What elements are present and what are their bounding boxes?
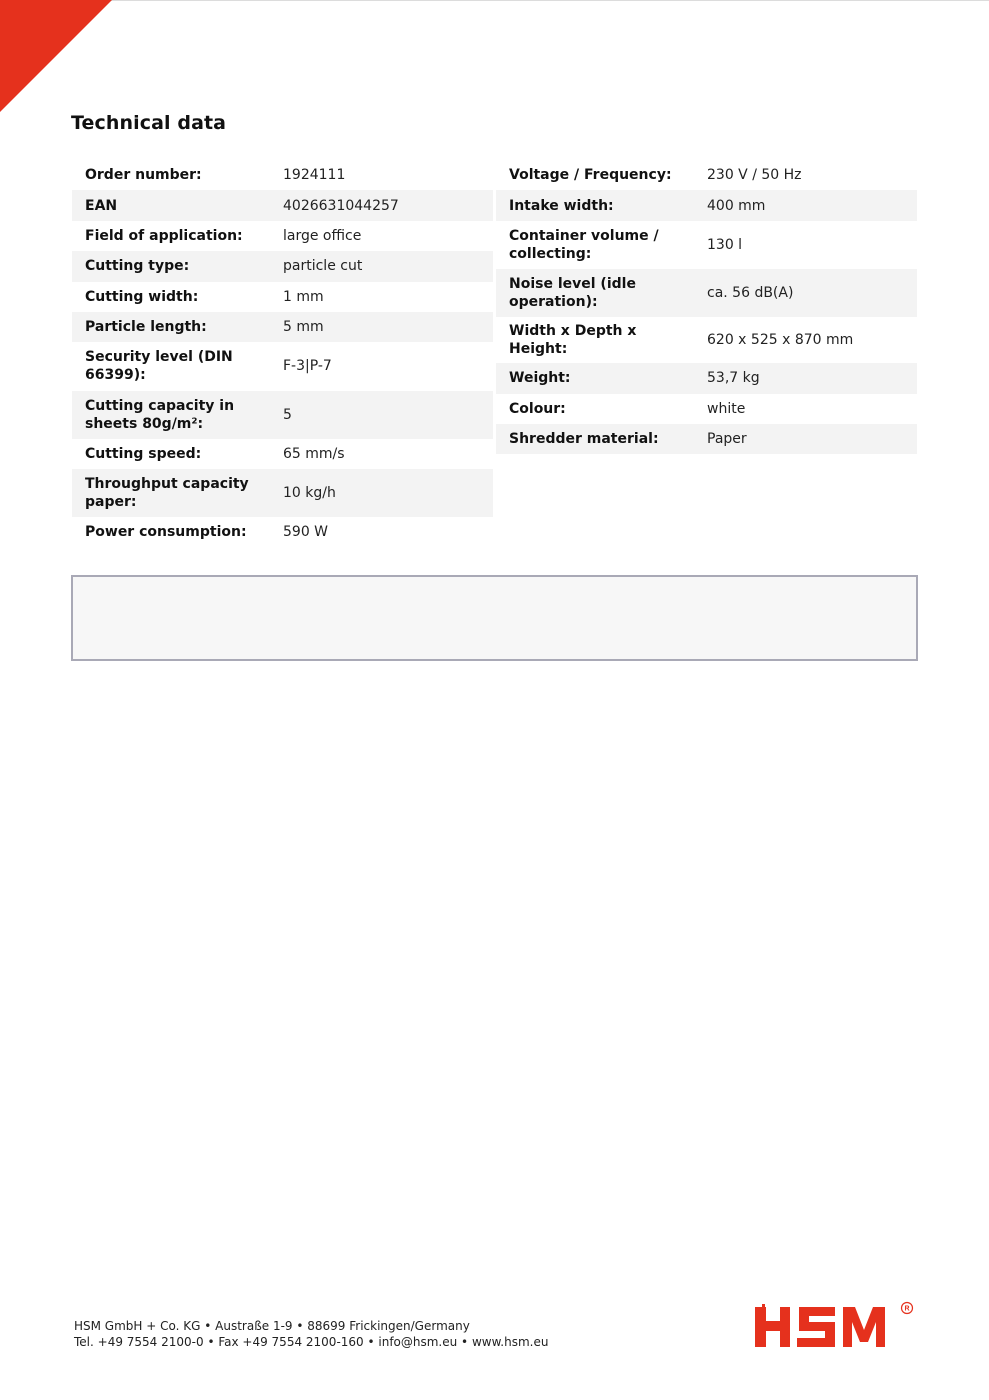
spec-value: 590 W [283, 523, 493, 541]
spec-label: Weight: [496, 369, 707, 387]
page-title: Technical data [71, 112, 226, 134]
spec-value: 53,7 kg [707, 369, 917, 387]
spec-row: Cutting capacity in sheets 80g/m²:5 [72, 391, 493, 439]
spec-value: 130 l [707, 236, 917, 254]
spec-value: large office [283, 227, 493, 245]
spec-value: 400 mm [707, 197, 917, 215]
spec-row: Throughput capacity paper:10 kg/h [72, 469, 493, 517]
spec-label: Shredder material: [496, 430, 707, 448]
company-footer: HSM GmbH + Co. KG • Austraße 1-9 • 88699… [74, 1319, 548, 1350]
spec-value: 1 mm [283, 288, 493, 306]
spec-label: Intake width: [496, 197, 707, 215]
spec-value: 620 x 525 x 870 mm [707, 331, 917, 349]
spec-label: Throughput capacity paper: [72, 475, 283, 511]
hsm-logo: R [752, 1300, 917, 1352]
spec-label: Cutting type: [72, 257, 283, 275]
spec-value: 1924111 [283, 166, 493, 184]
spec-row: EAN4026631044257 [72, 190, 493, 220]
spec-row: Field of application:large office [72, 221, 493, 251]
page-top-border [0, 0, 989, 1]
spec-row: Shredder material:Paper [496, 424, 917, 454]
footer-address: HSM GmbH + Co. KG • Austraße 1-9 • 88699… [74, 1319, 548, 1335]
spec-label: Order number: [72, 166, 283, 184]
spec-row: Width x Depth x Height:620 x 525 x 870 m… [496, 317, 917, 363]
spec-value: 230 V / 50 Hz [707, 166, 917, 184]
spec-row: Security level (DIN 66399):F-3|P-7 [72, 342, 493, 390]
notes-box [71, 575, 918, 661]
spec-row: Weight:53,7 kg [496, 363, 917, 393]
spec-row: Noise level (idle operation):ca. 56 dB(A… [496, 269, 917, 317]
spec-label: Cutting width: [72, 288, 283, 306]
spec-label: EAN [72, 197, 283, 215]
spec-label: Container volume / collecting: [496, 227, 707, 263]
spec-value: 4026631044257 [283, 197, 493, 215]
spec-row: Cutting type:particle cut [72, 251, 493, 281]
footer-contact: Tel. +49 7554 2100-0 • Fax +49 7554 2100… [74, 1335, 548, 1351]
spec-value: 5 mm [283, 318, 493, 336]
spec-value: white [707, 400, 917, 418]
spec-row: Particle length:5 mm [72, 312, 493, 342]
spec-label: Field of application: [72, 227, 283, 245]
spec-label: Noise level (idle operation): [496, 275, 707, 311]
svg-text:R: R [904, 1306, 909, 1313]
spec-value: particle cut [283, 257, 493, 275]
spec-label: Voltage / Frequency: [496, 166, 707, 184]
spec-row: Container volume / collecting:130 l [496, 221, 917, 269]
spec-row: Power consumption:590 W [72, 517, 493, 547]
spec-value: 10 kg/h [283, 484, 493, 502]
spec-label: Width x Depth x Height: [496, 322, 707, 358]
spec-label: Cutting speed: [72, 445, 283, 463]
spec-value: F-3|P-7 [283, 357, 493, 375]
brand-corner-triangle [0, 0, 112, 112]
spec-row: Colour:white [496, 394, 917, 424]
spec-value: ca. 56 dB(A) [707, 284, 917, 302]
spec-label: Colour: [496, 400, 707, 418]
spec-row: Voltage / Frequency:230 V / 50 Hz [496, 160, 917, 190]
spec-table-left: Order number:1924111 EAN4026631044257 Fi… [72, 160, 493, 548]
spec-row: Intake width:400 mm [496, 190, 917, 220]
spec-label: Cutting capacity in sheets 80g/m²: [72, 397, 283, 433]
spec-label: Particle length: [72, 318, 283, 336]
spec-table-right: Voltage / Frequency:230 V / 50 Hz Intake… [496, 160, 917, 454]
spec-label: Security level (DIN 66399): [72, 348, 283, 384]
spec-row: Cutting speed:65 mm/s [72, 439, 493, 469]
spec-row: Cutting width:1 mm [72, 282, 493, 312]
spec-value: 65 mm/s [283, 445, 493, 463]
spec-label: Power consumption: [72, 523, 283, 541]
spec-value: Paper [707, 430, 917, 448]
spec-row: Order number:1924111 [72, 160, 493, 190]
spec-value: 5 [283, 406, 493, 424]
